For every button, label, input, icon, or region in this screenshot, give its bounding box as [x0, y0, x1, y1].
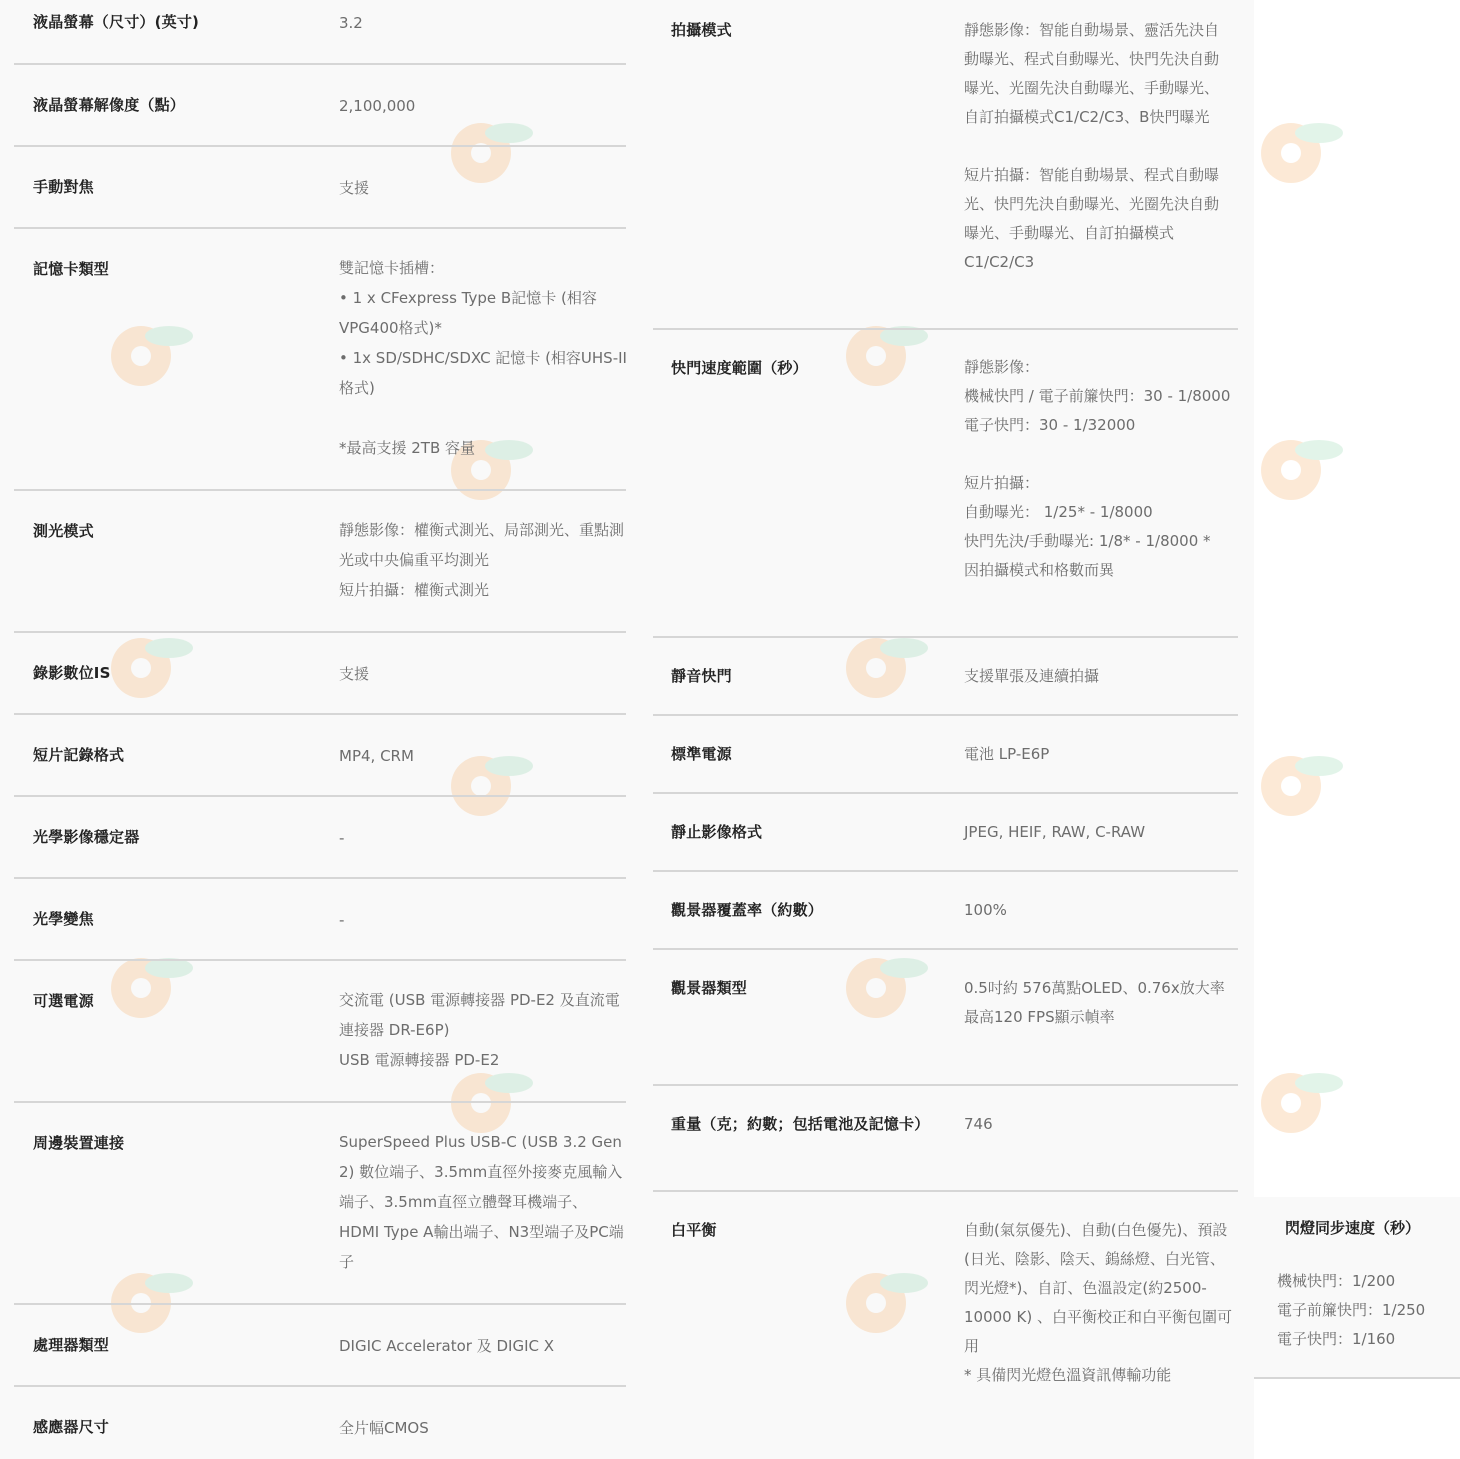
spec-row: 標準電源 電池 LP-E6P	[653, 716, 1238, 794]
spec-row: 液晶螢幕解像度（點） 2,100,000	[14, 65, 626, 147]
spec-label: 光學變焦	[33, 905, 313, 933]
spec-label: 拍攝模式	[671, 16, 941, 44]
spec-row: 觀景器覆蓋率（約數） 100%	[653, 872, 1238, 950]
spec-value: 支援單張及連續拍攝	[964, 662, 1232, 691]
spec-row: 手動對焦 支援	[14, 147, 626, 229]
spec-value: 3.2	[339, 8, 629, 38]
spec-label: 記憶卡類型	[33, 255, 313, 283]
spec-value-list: 機械快門：1/200 電子前簾快門：1/250 電子快門：1/160	[1277, 1267, 1425, 1354]
spec-row: 白平衡 自動(氣氛優先)、自動(白色優先)、預設(日光、陰影、陰天、鎢絲燈、白光…	[653, 1192, 1238, 1412]
spec-row: 短片記錄格式 MP4, CRM	[14, 715, 626, 797]
spec-label: 錄影數位IS	[33, 659, 313, 687]
spec-value-line: 機械快門：1/200	[1277, 1267, 1425, 1296]
spec-label: 靜音快門	[671, 662, 941, 690]
spec-label: 白平衡	[671, 1216, 941, 1244]
spec-value: 自動(氣氛優先)、自動(白色優先)、預設(日光、陰影、陰天、鎢絲燈、白光管、閃光…	[964, 1216, 1232, 1390]
spec-value: 靜態影像：權衡式測光、局部測光、重點測光或中央偏重平均測光 短片拍攝：權衡式測光	[339, 515, 629, 605]
spec-row: 靜止影像格式 JPEG, HEIF, RAW, C-RAW	[653, 794, 1238, 872]
spec-row: 可選電源 交流電 (USB 電源轉接器 PD-E2 及直流電連接器 DR-E6P…	[14, 961, 626, 1103]
spec-value: 全片幅CMOS	[339, 1413, 629, 1443]
spec-row: 錄影數位IS 支援	[14, 633, 626, 715]
spec-row: 靜音快門 支援單張及連續拍攝	[653, 638, 1238, 716]
spec-row: 拍攝模式 靜態影像：智能自動場景、靈活先決自動曝光、程式自動曝光、快門先決自動曝…	[653, 0, 1238, 330]
spec-value: -	[339, 823, 629, 853]
spec-row: 光學變焦 -	[14, 879, 626, 961]
watermark-logo-icon	[1255, 748, 1345, 820]
spec-value: 靜態影像：智能自動場景、靈活先決自動曝光、程式自動曝光、快門先決自動曝光、光圈先…	[964, 16, 1232, 277]
spec-label: 觀景器類型	[671, 974, 941, 1002]
spec-label: 觀景器覆蓋率（約數）	[671, 896, 941, 924]
spec-column-left: 液晶螢幕（尺寸）(英寸) 3.2 液晶螢幕解像度（點） 2,100,000 手動…	[14, 0, 626, 1459]
spec-value: 746	[964, 1110, 1232, 1139]
spec-label: 手動對焦	[33, 173, 313, 201]
spec-value: 2,100,000	[339, 91, 629, 121]
spec-value: SuperSpeed Plus USB-C (USB 3.2 Gen 2) 數位…	[339, 1127, 629, 1277]
spec-label: 周邊裝置連接	[33, 1129, 313, 1157]
spec-row: 處理器類型 DIGIC Accelerator 及 DIGIC X	[14, 1305, 626, 1387]
spec-value: 支援	[339, 173, 629, 203]
spec-label: 光學影像穩定器	[33, 823, 313, 851]
spec-row: 重量（克；約數；包括電池及記憶卡） 746	[653, 1086, 1238, 1192]
watermark-logo-icon	[1255, 115, 1345, 187]
spec-label: 液晶螢幕（尺寸）(英寸)	[33, 8, 313, 36]
spec-label: 快門速度範圍（秒）	[671, 354, 941, 382]
watermark-logo-icon	[1255, 1065, 1345, 1137]
spec-sheet: 液晶螢幕（尺寸）(英寸) 3.2 液晶螢幕解像度（點） 2,100,000 手動…	[0, 0, 1460, 1459]
spec-label: 短片記錄格式	[33, 741, 313, 769]
spec-label: 靜止影像格式	[671, 818, 941, 846]
spec-label: 可選電源	[33, 987, 313, 1015]
spec-label: 閃燈同步速度（秒）	[1285, 1215, 1420, 1241]
spec-value: 支援	[339, 659, 629, 689]
spec-label: 感應器尺寸	[33, 1413, 313, 1441]
spec-value: 100%	[964, 896, 1232, 925]
spec-label: 液晶螢幕解像度（點）	[33, 91, 313, 119]
spec-label: 處理器類型	[33, 1331, 313, 1359]
spec-value-line: 電子快門：1/160	[1277, 1325, 1425, 1354]
spec-row: 感應器尺寸 全片幅CMOS	[14, 1387, 626, 1459]
spec-row: 快門速度範圍（秒） 靜態影像： 機械快門 / 電子前簾快門：30 - 1/800…	[653, 330, 1238, 638]
spec-value: JPEG, HEIF, RAW, C-RAW	[964, 818, 1232, 847]
spec-row: 光學影像穩定器 -	[14, 797, 626, 879]
spec-value: 電池 LP-E6P	[964, 740, 1232, 769]
spec-row: 測光模式 靜態影像：權衡式測光、局部測光、重點測光或中央偏重平均測光 短片拍攝：…	[14, 491, 626, 633]
spec-value: DIGIC Accelerator 及 DIGIC X	[339, 1331, 629, 1361]
spec-label: 重量（克；約數；包括電池及記憶卡）	[671, 1110, 936, 1139]
spec-row: 周邊裝置連接 SuperSpeed Plus USB-C (USB 3.2 Ge…	[14, 1103, 626, 1305]
spec-value: 靜態影像： 機械快門 / 電子前簾快門：30 - 1/8000 電子快門：30 …	[964, 353, 1232, 585]
spec-row: 觀景器類型 0.5吋約 576萬點OLED、0.76x放大率 最高120 FPS…	[653, 950, 1238, 1086]
spec-value: 0.5吋約 576萬點OLED、0.76x放大率 最高120 FPS顯示幀率	[964, 974, 1232, 1032]
spec-value-line: 電子前簾快門：1/250	[1277, 1296, 1425, 1325]
watermark-logo-icon	[1255, 432, 1345, 504]
spec-value: 交流電 (USB 電源轉接器 PD-E2 及直流電連接器 DR-E6P) USB…	[339, 985, 629, 1075]
spec-value: MP4, CRM	[339, 741, 629, 771]
spec-row: 記憶卡類型 雙記憶卡插槽： • 1 x CFexpress Type B記憶卡 …	[14, 229, 626, 491]
spec-label: 標準電源	[671, 740, 941, 768]
spec-label: 測光模式	[33, 517, 313, 545]
spec-value: 雙記憶卡插槽： • 1 x CFexpress Type B記憶卡 (相容VPG…	[339, 253, 629, 463]
flash-sync-panel: 閃燈同步速度（秒） 機械快門：1/200 電子前簾快門：1/250 電子快門：1…	[1254, 1197, 1460, 1379]
spec-column-middle: 拍攝模式 靜態影像：智能自動場景、靈活先決自動曝光、程式自動曝光、快門先決自動曝…	[653, 0, 1238, 1412]
spec-row: 液晶螢幕（尺寸）(英寸) 3.2	[14, 0, 626, 65]
spec-value: -	[339, 905, 629, 935]
